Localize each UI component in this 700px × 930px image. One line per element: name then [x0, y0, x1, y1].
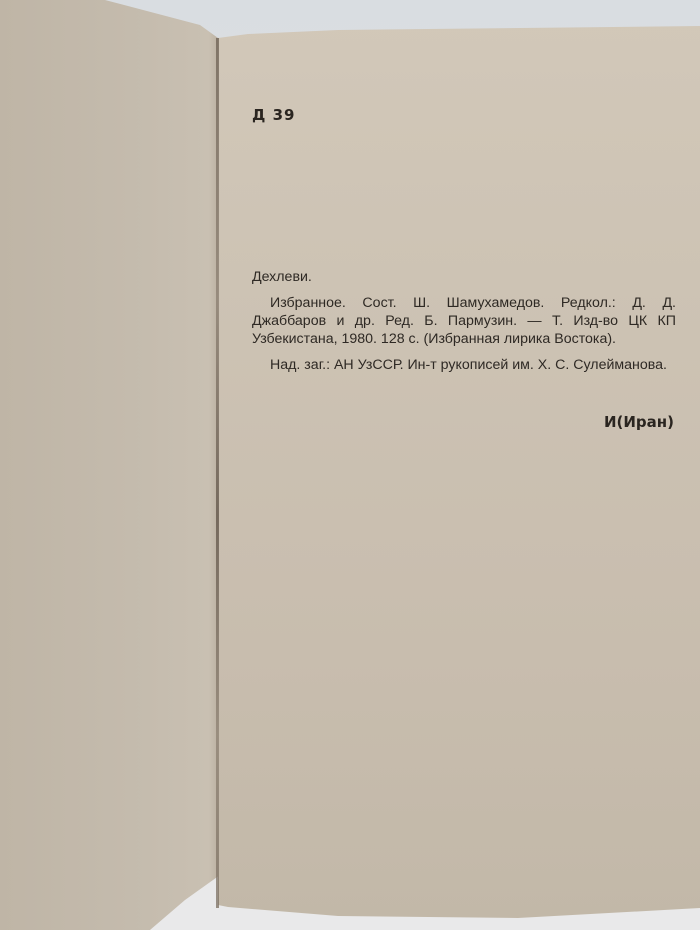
note-paragraph: Над. заг.: АН УзССР. Ин-т рукописей им. …	[252, 356, 676, 374]
classification-code: Д 39	[252, 106, 295, 124]
author-heading: Дехлеви.	[252, 268, 676, 286]
description-paragraph: Избранное. Сост. Ш. Шамухамедов. Редкол.…	[252, 294, 676, 348]
right-page	[218, 0, 700, 930]
book-photo: Д 39 Дехлеви. Избранное. Сост. Ш. Шамуха…	[0, 0, 700, 930]
shelf-mark: И(Иран)	[604, 413, 674, 431]
left-page	[0, 0, 220, 930]
bibliographic-entry: Дехлеви. Избранное. Сост. Ш. Шамухамедов…	[252, 268, 676, 374]
book-spine-gutter	[216, 38, 219, 908]
